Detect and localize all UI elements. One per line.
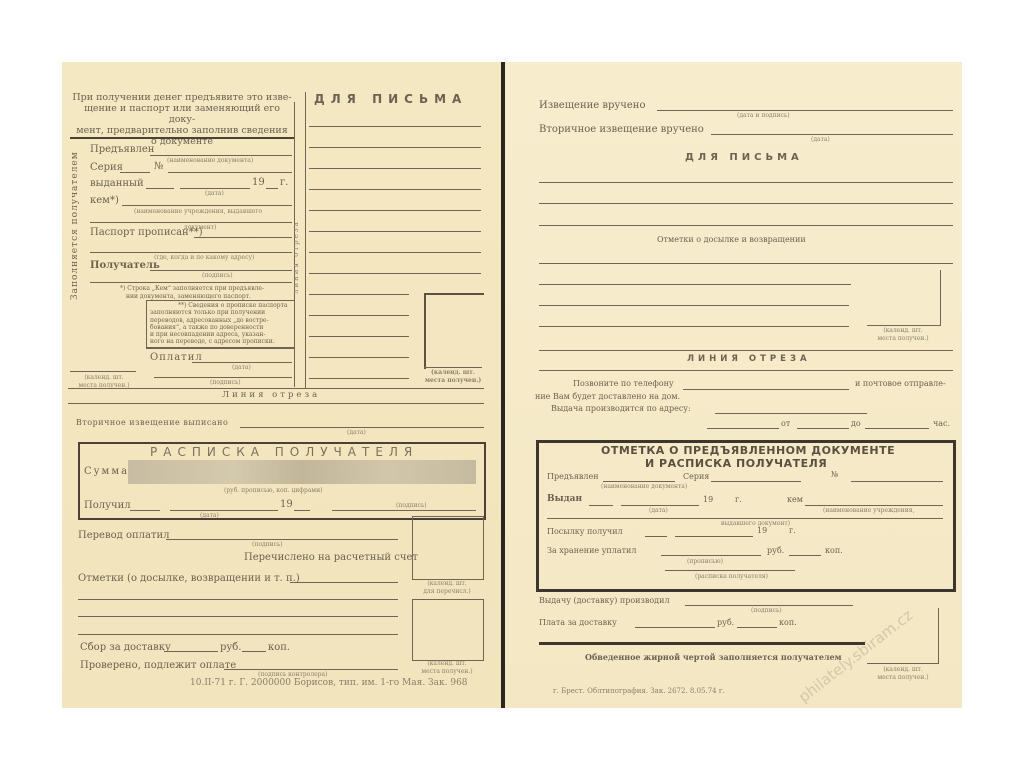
delivered-by-hint: (подпись)	[751, 607, 782, 614]
letter-line[interactable]	[309, 231, 481, 232]
bold-rule	[539, 642, 865, 645]
issue-address-field[interactable]	[715, 413, 867, 414]
doc-box-title-1: ОТМЕТКА О ПРЕДЪЯВЛЕННОМ ДОКУМЕНТЕ	[601, 444, 895, 457]
paid-signature-hint: (подпись)	[210, 379, 241, 386]
divider-line	[70, 137, 294, 139]
left-form-page: При получении денег предъявите это изве-…	[62, 62, 501, 708]
marks-field[interactable]	[290, 582, 398, 583]
number-label: №	[154, 161, 163, 172]
marks-field-3[interactable]	[78, 616, 398, 617]
series-field[interactable]	[120, 172, 150, 173]
cut-line	[539, 370, 953, 371]
secondary-notice-field[interactable]	[240, 427, 484, 428]
issued-label: выданный	[90, 178, 144, 189]
recipient-signature-field[interactable]	[150, 270, 292, 271]
letter-line[interactable]	[539, 182, 953, 183]
secondary-delivered-hint: (дата)	[811, 136, 830, 143]
stamp-hint-line: (календ. шт.	[408, 660, 486, 668]
doc-issued-month-field[interactable]	[621, 505, 699, 506]
parcel-received-label: Посылку получил	[547, 527, 623, 536]
parcel-day-field[interactable]	[645, 536, 667, 537]
marks-line[interactable]	[539, 284, 851, 285]
parcel-year-suffix: г.	[789, 526, 796, 535]
received-signature-field[interactable]	[332, 510, 476, 511]
passport-registered-label: Паспорт прописан**)	[90, 227, 203, 238]
stamp-hint-line: (календ. шт.	[408, 580, 486, 588]
instructions-line: мент, предварительно заполнив сведения	[70, 125, 294, 136]
marks-label: Отметки (о досылке, возвращении и т. п.)	[78, 573, 300, 584]
right-form-page: Извещение вручено (дата и подпись) Втори…	[505, 62, 962, 708]
footnote-2: **) Сведения о прописке паспорта заполня…	[150, 302, 288, 346]
letter-line[interactable]	[309, 357, 409, 358]
stamp-hint-line: места получен.)	[861, 335, 945, 343]
secondary-notice-label: Вторичное извещение выписано	[76, 418, 228, 427]
kop-label: коп.	[779, 618, 797, 627]
letter-line[interactable]	[309, 189, 481, 190]
delivery-fee-label: Сбор за доставку	[80, 642, 171, 653]
stamp-box-edge	[940, 270, 941, 326]
passport-registered-field[interactable]	[194, 237, 292, 238]
stamp-box	[424, 293, 484, 369]
storage-rub-label: руб.	[767, 546, 784, 555]
footnote-line: нии документа, заменяющего паспорт.	[120, 293, 264, 301]
rub-label: руб.	[717, 618, 734, 627]
doc-issued-label: Выдан	[547, 494, 582, 504]
by-whom-hint: (наименование учреждения, выдавшего	[134, 208, 262, 215]
received-month-field[interactable]	[170, 510, 278, 511]
date-hint: (дата)	[205, 190, 224, 197]
issued-day-field[interactable]	[146, 188, 174, 189]
to-hour-field[interactable]	[865, 428, 929, 429]
rub-label: руб.	[220, 642, 241, 653]
stamp-hint: (календ. шт. места получен.)	[66, 374, 142, 389]
transfer-paid-label: Перевод оплатил	[78, 530, 170, 541]
doc-number-label: №	[831, 470, 839, 479]
issued-month-field[interactable]	[180, 188, 250, 189]
footnote-line: переводов, адресованных „до востре-	[150, 317, 288, 324]
marks-field-4[interactable]	[78, 634, 398, 635]
year-prefix: 19	[252, 177, 265, 188]
doc-number-field[interactable]	[851, 481, 943, 482]
cut-line-vertical-rule	[305, 92, 306, 388]
marks-line[interactable]	[539, 263, 953, 264]
footnote-line: ного на переводе, с адресом прописки.	[150, 338, 288, 345]
phone-label-continued: и почтовое отправле-	[855, 379, 946, 388]
bold-outline-note: Обведенное жирной чертой заполняется пол…	[585, 652, 842, 662]
doc-by-whom-hint: (наименование учреждения,	[823, 507, 915, 514]
checked-field[interactable]	[224, 669, 398, 670]
phone-field[interactable]	[683, 389, 849, 390]
received-day-field[interactable]	[130, 510, 160, 511]
stamp-hint: (календ. шт. места получен.)	[420, 369, 486, 384]
address-field-2[interactable]	[707, 428, 779, 429]
sum-label: Сумма	[84, 466, 129, 477]
series-label: Серия	[90, 162, 123, 173]
stamp-hint-line: для перечисл.)	[408, 588, 486, 596]
from-label: от	[781, 419, 790, 428]
doc-by-whom-field-2[interactable]	[547, 518, 943, 519]
delivery-fee-label: Плата за доставку	[539, 618, 617, 627]
stamp-line	[867, 663, 938, 664]
letter-line[interactable]	[309, 378, 409, 379]
letter-line[interactable]	[309, 252, 481, 253]
stamp-hint: (календ. шт. места получен.)	[408, 660, 486, 675]
letter-line[interactable]	[539, 203, 953, 204]
presented-label: Предъявлен	[90, 144, 154, 155]
stamp-hint-line: места получен.)	[408, 668, 486, 676]
year-suffix: г.	[280, 177, 288, 188]
letter-line[interactable]	[309, 315, 409, 316]
signature-hint: (подпись)	[202, 272, 233, 279]
stamp-hint-line: (календ. шт.	[66, 374, 142, 382]
stamp-hint: (календ. шт. места получен.)	[861, 327, 945, 342]
paid-date-field[interactable]	[192, 362, 292, 363]
cut-line-label: Линия отреза	[222, 390, 320, 400]
secondary-delivered-label: Вторичное извещение вручено	[539, 124, 704, 135]
by-whom-field-2[interactable]	[90, 222, 292, 223]
stamp-box-received	[412, 599, 484, 661]
for-letter-title: ДЛЯ ПИСЬМА	[314, 92, 467, 106]
storage-paid-label: За хранение уплатил	[547, 546, 636, 555]
storage-kop-label: коп.	[825, 546, 843, 555]
storage-rub-field[interactable]	[661, 555, 761, 556]
letter-line[interactable]	[309, 147, 481, 148]
transferred-to-account-label: Перечислено на расчетный счет	[244, 552, 418, 563]
delivered-by-field[interactable]	[685, 605, 853, 606]
letter-line[interactable]	[309, 336, 409, 337]
letter-line[interactable]	[309, 126, 481, 127]
cut-line-vertical-label: линия отреза	[292, 220, 300, 294]
issued-year-field[interactable]	[266, 188, 278, 189]
letter-line[interactable]	[309, 273, 481, 274]
received-year-prefix: 19	[280, 499, 293, 510]
parcel-month-field[interactable]	[675, 536, 753, 537]
by-whom-field[interactable]	[122, 205, 292, 206]
secondary-delivered-field[interactable]	[711, 134, 953, 135]
stamp-box-transfer	[412, 516, 484, 580]
stamp-box-edge	[938, 608, 939, 664]
sum-field[interactable]	[128, 460, 476, 484]
doc-presented-label: Предъявлен	[547, 472, 599, 481]
delivered-by-label: Выдачу (доставку) производил	[539, 596, 670, 605]
footnote-line: *) Строка „Кем“ заполняется при предъявл…	[120, 285, 264, 293]
checked-label: Проверено, подлежит оплате	[80, 660, 236, 671]
delivery-fee-rub-field[interactable]	[164, 651, 218, 652]
marks-field-2[interactable]	[78, 599, 398, 600]
doc-presented-field[interactable]	[603, 481, 675, 482]
letter-line[interactable]	[539, 225, 953, 226]
notice-delivered-hint: (дата и подпись)	[737, 112, 790, 119]
received-signature-hint: (подпись)	[396, 502, 427, 509]
storage-written-hint: (прописью)	[687, 558, 723, 565]
footnote-line: **) Сведения о прописке паспорта	[150, 302, 288, 309]
marks-line[interactable]	[539, 305, 849, 306]
instructions-line: При получении денег предъявите это изве-	[70, 92, 294, 103]
doc-date-hint: (дата)	[649, 507, 668, 514]
issue-address-label: Выдача производится по адресу:	[551, 404, 691, 413]
doc-box-title-2: И РАСПИСКА ПОЛУЧАТЕЛЯ	[645, 457, 827, 470]
doc-presented-hint: (наименование документа)	[601, 483, 687, 490]
by-whom-label: кем*)	[90, 195, 119, 206]
letter-line[interactable]	[309, 168, 481, 169]
transfer-paid-field[interactable]	[166, 539, 398, 540]
stamp-line	[424, 367, 482, 368]
home-delivery-text: ние Вам будет доставлено на дом.	[535, 392, 680, 401]
cut-line	[68, 403, 484, 404]
footnote-line: заполняются только при получении	[150, 309, 288, 316]
transfer-signature-hint: (подпись)	[252, 541, 283, 548]
recipient-receipt-hint: (расписка получателя)	[695, 573, 768, 580]
stamp-hint-line: места получен.)	[857, 674, 949, 682]
parcel-year-prefix: 19	[757, 526, 767, 535]
presented-hint: (наименование документа)	[167, 157, 253, 164]
cut-line-label: ЛИНИЯ ОТРЕЗА	[687, 354, 811, 364]
letter-line[interactable]	[309, 294, 409, 295]
secondary-date-hint: (дата)	[347, 429, 366, 436]
notice-delivered-field[interactable]	[657, 110, 953, 111]
for-letter-title: ДЛЯ ПИСЬМА	[685, 152, 803, 163]
footnote-1: *) Строка „Кем“ заполняется при предъявл…	[120, 285, 264, 300]
stamp-hint-line: (календ. шт.	[420, 369, 486, 377]
footnote-line: и при несовпадении адреса, указан-	[150, 331, 288, 338]
stamp-hint-line: места получен.)	[420, 377, 486, 385]
passport-registered-field-2[interactable]	[90, 252, 292, 253]
doc-issued-day-field[interactable]	[589, 505, 613, 506]
doc-series-field[interactable]	[711, 481, 801, 482]
received-label: Получил	[84, 500, 131, 511]
delivery-fee-rub-field[interactable]	[635, 627, 715, 628]
passport-hint: (где, когда и по какому адресу)	[154, 254, 254, 261]
instructions-line: щение и паспорт или заменяющий его доку-	[70, 103, 294, 125]
paid-signature-field[interactable]	[154, 377, 292, 378]
doc-series-label: Серия	[683, 472, 709, 481]
kop-label: коп.	[268, 642, 290, 653]
hours-label: час.	[933, 419, 950, 428]
phone-label: Позвоните по телефону	[573, 379, 674, 388]
marks-line[interactable]	[539, 326, 849, 327]
delivery-fee-kop-field[interactable]	[242, 651, 266, 652]
from-hour-field[interactable]	[797, 428, 849, 429]
sum-hint: (руб. прописью, коп. цифрами)	[224, 487, 322, 494]
received-year-field[interactable]	[294, 510, 310, 511]
imprint: г. Брест. Облтипография. Зак. 2672. 8.05…	[553, 687, 725, 695]
controller-hint: (подпись контролера)	[258, 671, 327, 678]
doc-by-whom-field[interactable]	[805, 505, 943, 506]
divider-line	[539, 350, 953, 351]
received-date-hint: (дата)	[200, 512, 219, 519]
stamp-hint: (календ. шт. места получен.)	[857, 666, 949, 681]
stamp-line	[867, 325, 940, 326]
notice-delivered-label: Извещение вручено	[539, 100, 646, 111]
doc-year-suffix: г.	[735, 495, 742, 504]
divider-line	[90, 282, 292, 283]
doc-by-whom-hint-2: выдавшего документ)	[721, 520, 790, 527]
letter-line[interactable]	[309, 210, 481, 211]
number-field[interactable]	[168, 172, 292, 173]
paid-date-hint: (дата)	[232, 364, 251, 371]
footnote-line: бования“, а также по доверенности	[150, 324, 288, 331]
forward-return-marks-label: Отметки о досылке и возвращении	[657, 235, 806, 244]
imprint: 10.II-71 г. Г. 2000000 Борисов, тип. им.…	[190, 678, 468, 688]
storage-kop-field[interactable]	[789, 555, 821, 556]
side-label: Заполняется получателем	[70, 151, 80, 300]
divider-line	[68, 388, 484, 389]
stamp-hint-line: (календ. шт.	[861, 327, 945, 335]
receipt-title: РАСПИСКА ПОЛУЧАТЕЛЯ	[150, 445, 418, 459]
doc-year-prefix: 19	[703, 495, 713, 504]
to-label: до	[851, 419, 861, 428]
stamp-hint-line: (календ. шт.	[857, 666, 949, 674]
recipient-receipt-field[interactable]	[665, 570, 795, 571]
stamp-line	[70, 371, 136, 372]
delivery-fee-kop-field[interactable]	[737, 627, 777, 628]
doc-by-whom-label: кем	[787, 495, 803, 504]
presented-field[interactable]	[150, 155, 292, 156]
stamp-hint: (календ. шт. для перечисл.)	[408, 580, 486, 595]
